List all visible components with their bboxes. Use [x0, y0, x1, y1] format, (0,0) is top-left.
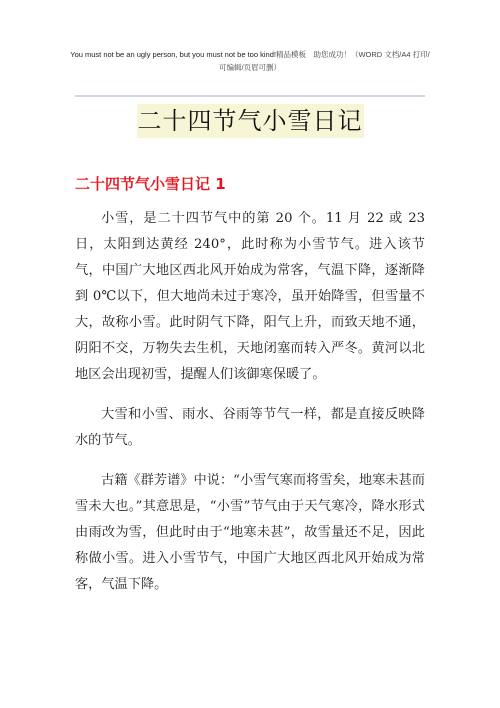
paragraph: 大雪和小雪、雨水、谷雨等节气一样，都是直接反映降水的节气。 [75, 402, 425, 454]
document-page: You must not be an ugly person, but you … [0, 0, 500, 708]
paragraph: 小雪，是二十四节气中的第 20 个。11 月 22 或 23 日，太阳到达黄经 … [75, 206, 425, 388]
document-body: 小雪，是二十四节气中的第 20 个。11 月 22 或 23 日，太阳到达黄经 … [75, 206, 425, 612]
header-divider [75, 95, 425, 97]
paragraph: 古籍《群芳谱》中说：“小雪气寒而将雪矣，地寒未甚而雪未大也。”其意思是，“小雪”… [75, 468, 425, 598]
page-header: You must not be an ugly person, but you … [60, 48, 440, 74]
header-english-text: You must not be an ugly person, but you … [70, 50, 276, 59]
header-chinese-text: 精品模板 助您成功！（WORD 文档/A4 打印/ [276, 50, 430, 59]
document-title: 二十四节气小雪日记 [137, 104, 364, 138]
header-line-1: You must not be an ugly person, but you … [60, 48, 440, 61]
section-heading: 二十四节气小雪日记 1 [75, 174, 226, 194]
title-container: 二十四节气小雪日记 [0, 104, 500, 138]
header-line-2: 可编辑/页眉可删） [60, 61, 440, 74]
